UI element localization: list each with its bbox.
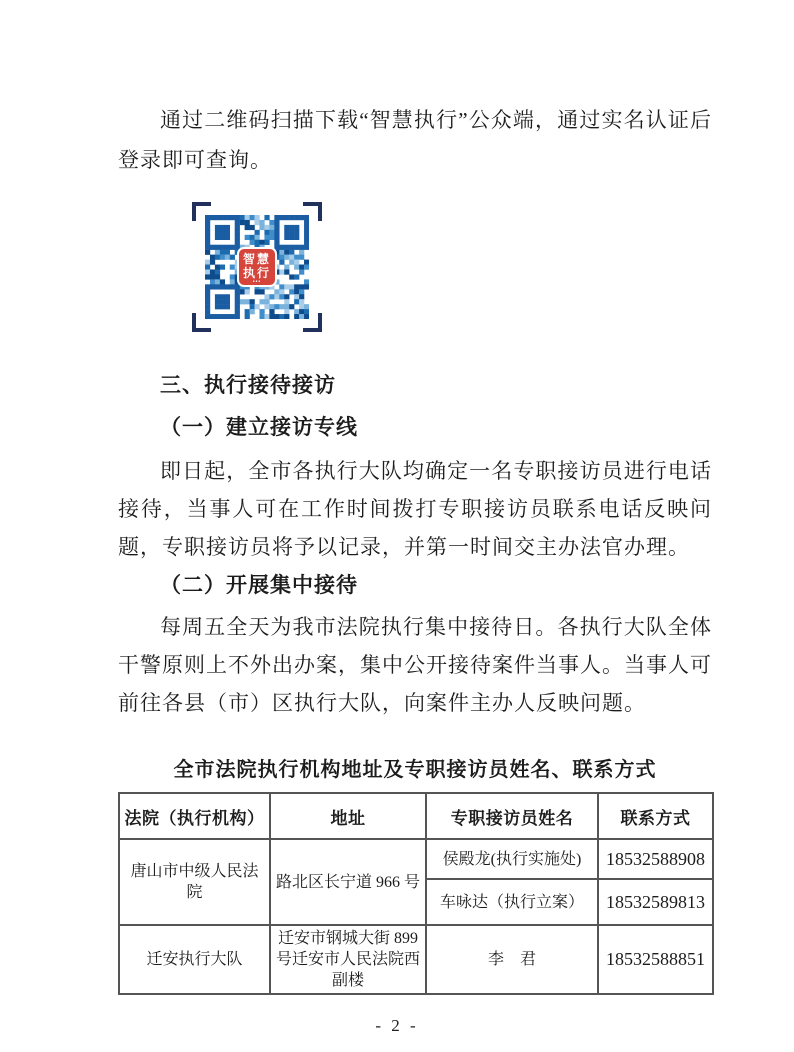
header-court: 法院（执行机构） [119,793,270,839]
cell-contact: 侯殿龙(执行实施处) [426,839,598,879]
subsection-1-paragraph: 即日起，全市各执行大队均确定一名专职接访员进行电话接待，当事人可在工作时间拨打专… [118,452,712,566]
intro-paragraph: 通过二维码扫描下载“智慧执行”公众端，通过实名认证后登录即可查询。 [118,100,712,180]
qr-logo-line1: 智慧 [239,252,275,266]
cell-phone: 18532588851 [598,925,713,994]
header-phone: 联系方式 [598,793,713,839]
qr-center-logo: 智慧 执行 ••• [237,247,277,287]
page-number: - 2 - [0,1016,794,1036]
table-title: 全市法院执行机构地址及专职接访员姓名、联系方式 [118,756,712,784]
subsection-2-paragraph: 每周五全天为我市法院执行集中接待日。各执行大队全体干警原则上不外出办案，集中公开… [118,608,712,722]
qr-code: 智慧 执行 ••• [192,202,322,332]
qr-logo-dots: ••• [239,280,275,285]
document-page: 通过二维码扫描下载“智慧执行”公众端，通过实名认证后登录即可查询。 智慧 执行 … [0,0,794,1052]
subsection-2-heading: （二）开展集中接待 [118,570,712,602]
cell-address: 路北区长宁道 966 号 [270,839,426,925]
cell-contact: 车咏达（执行立案） [426,879,598,925]
cell-phone: 18532589813 [598,879,713,925]
cell-contact: 李 君 [426,925,598,994]
cell-court: 迁安执行大队 [119,925,270,994]
cell-court: 唐山市中级人民法院 [119,839,270,925]
contact-table: 法院（执行机构） 地址 专职接访员姓名 联系方式 唐山市中级人民法院 路北区长宁… [118,792,714,995]
cell-phone: 18532588908 [598,839,713,879]
header-contact: 专职接访员姓名 [426,793,598,839]
subsection-1-heading: （一）建立接访专线 [118,412,712,444]
table-row: 迁安执行大队 迁安市钢城大街 899 号迁安市人民法院西副楼 李 君 18532… [119,925,713,994]
table-header-row: 法院（执行机构） 地址 专职接访员姓名 联系方式 [119,793,713,839]
qr-logo-line2: 执行 [239,266,275,280]
table-row: 唐山市中级人民法院 路北区长宁道 966 号 侯殿龙(执行实施处) 185325… [119,839,713,879]
cell-address: 迁安市钢城大街 899 号迁安市人民法院西副楼 [270,925,426,994]
header-address: 地址 [270,793,426,839]
section-heading: 三、执行接待接访 [118,370,712,402]
